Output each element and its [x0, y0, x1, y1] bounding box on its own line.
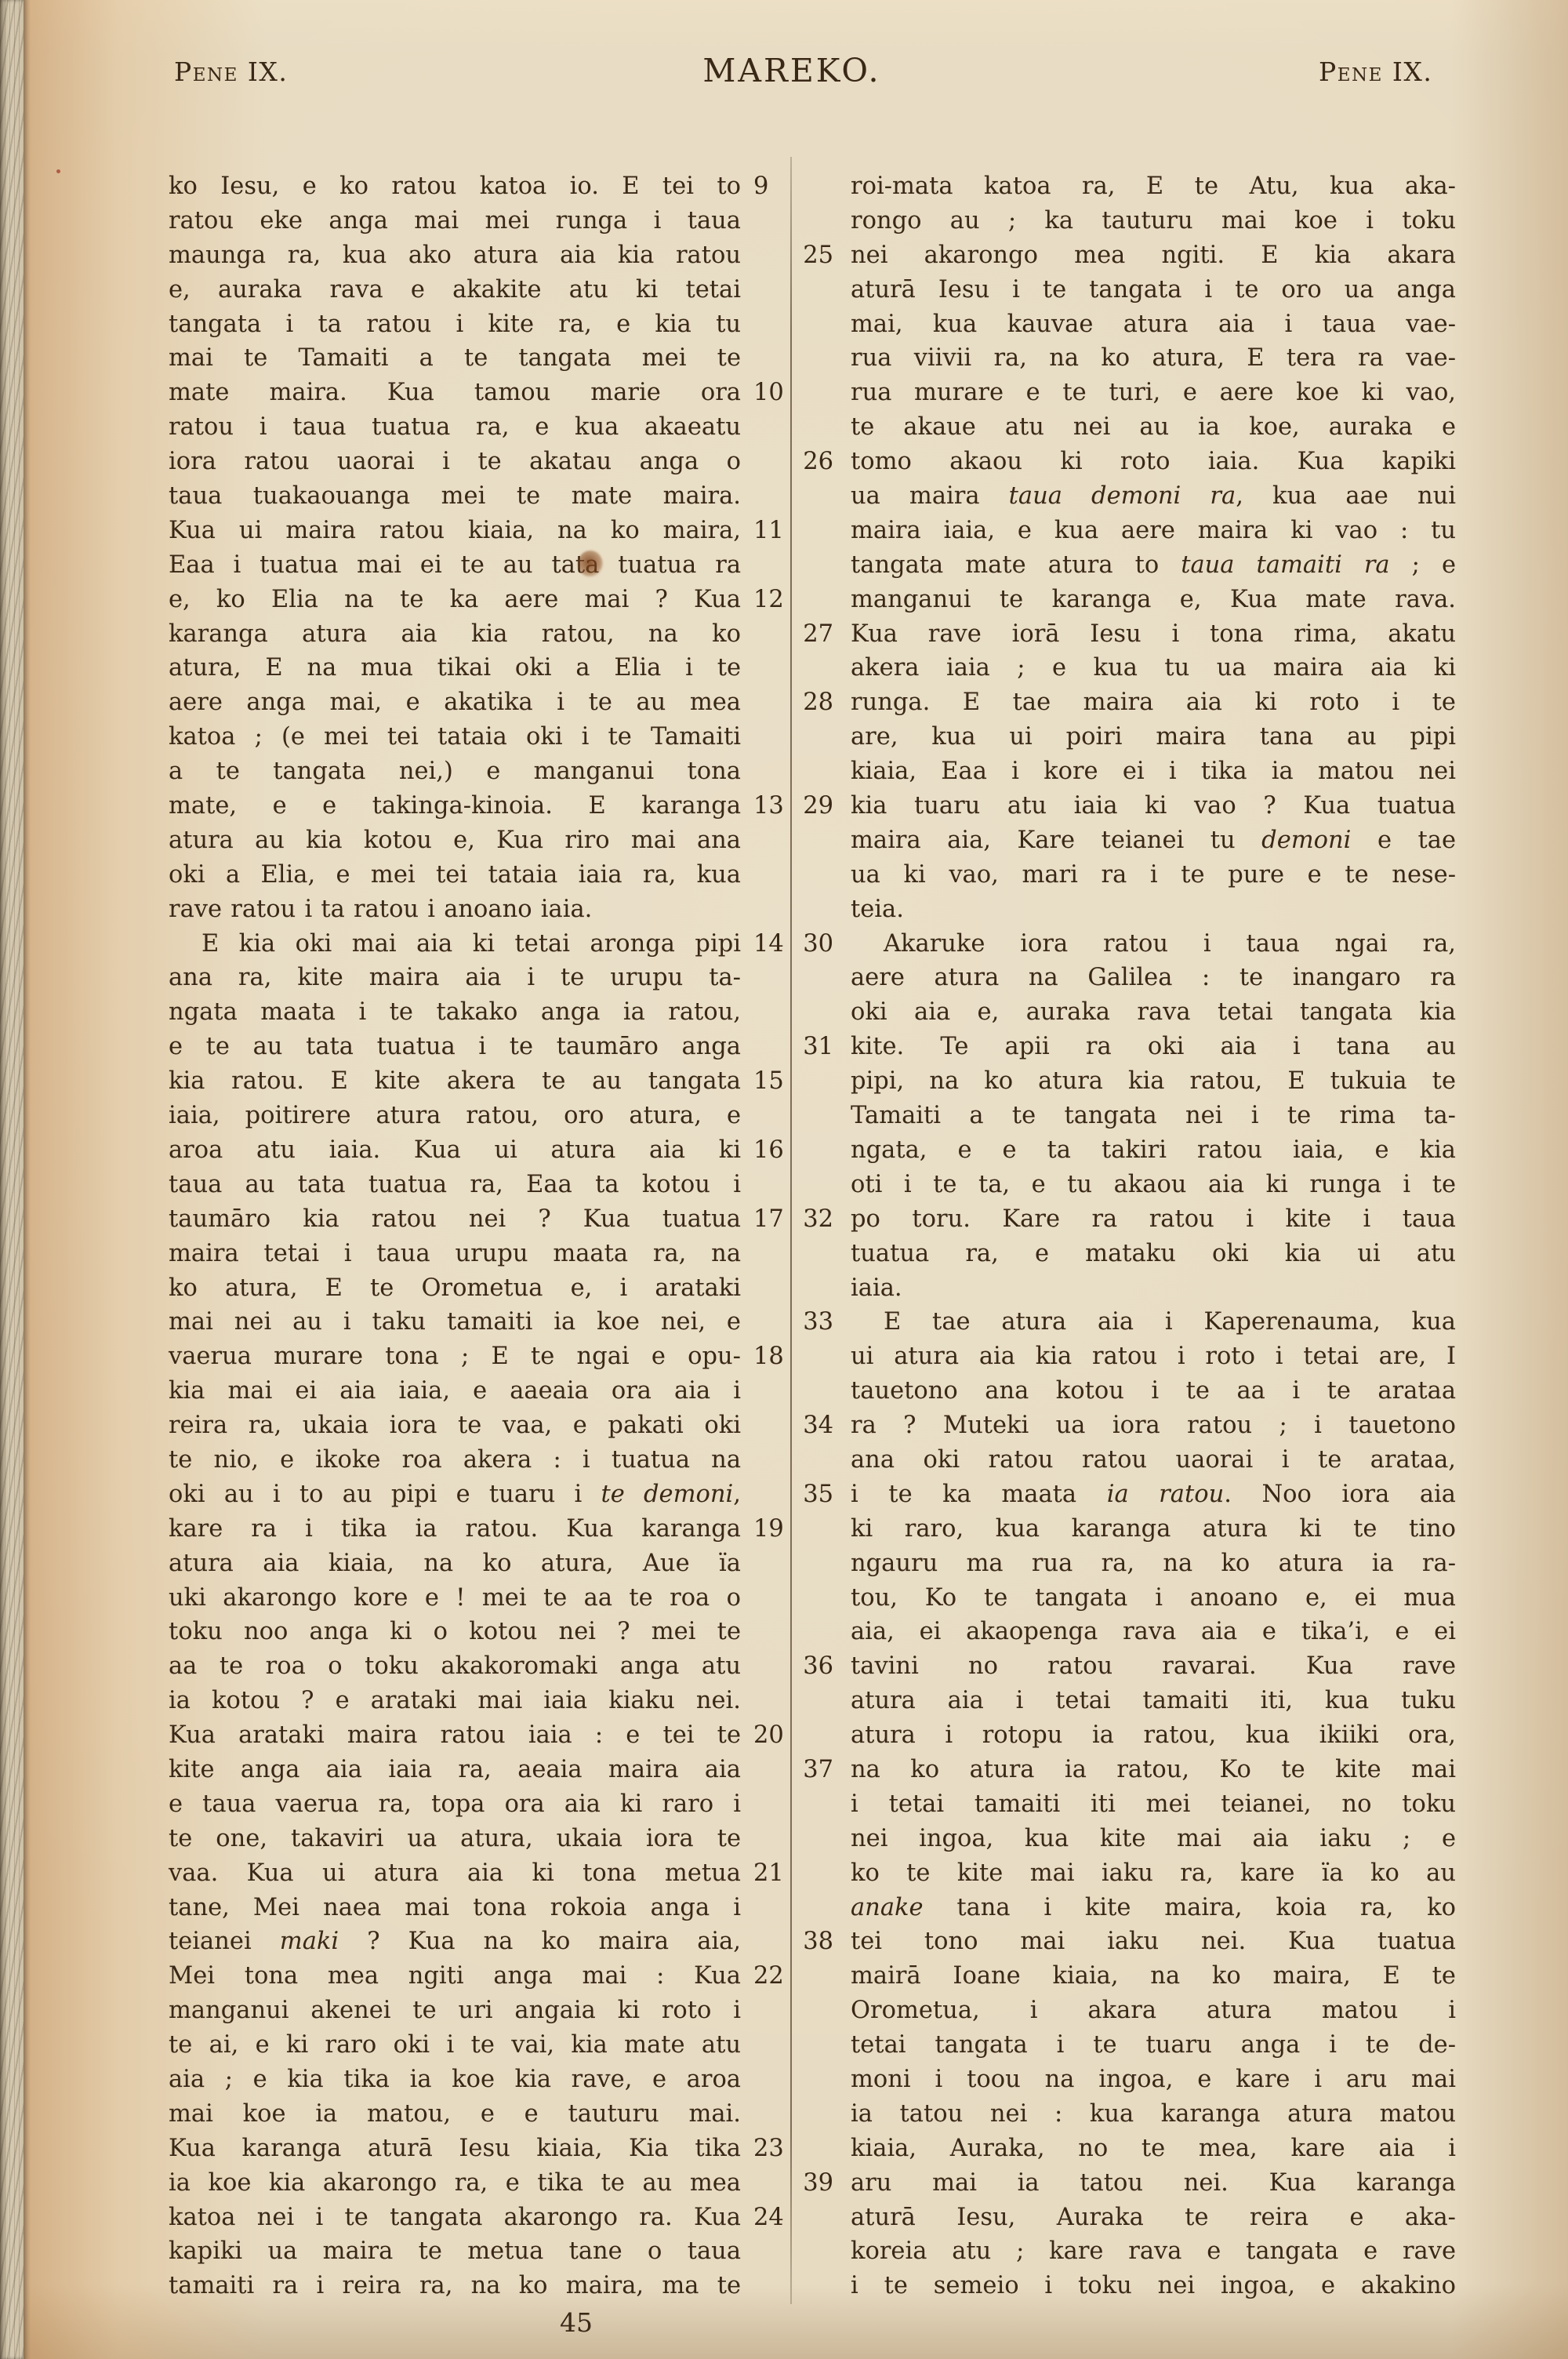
verse-text: maira iaia, e kua aere maira ki vao : tu — [851, 514, 1456, 548]
text-line: tauetono ana kotou i te aa i te arataa — [851, 1374, 1456, 1408]
verse-number: 25 — [803, 238, 833, 273]
text-line: atura au kia kotou e, Kua riro mai ana — [169, 823, 741, 858]
verse-text: iaia. — [851, 1271, 1456, 1306]
text-line: ratou i taua tuatua ra, e kua akaeatu — [169, 410, 741, 445]
text-line: E kia oki mai aia ki tetai aronga pipi14 — [169, 927, 741, 961]
verse-text: ngauru ma rua ra, na ko atura ia ra- — [851, 1547, 1456, 1581]
text-line: a te tangata nei,) e manganui tona — [169, 754, 741, 789]
verse-text: a te tangata nei,) e manganui tona — [169, 754, 741, 789]
text-line: e taua vaerua ra, topa ora aia ki raro i — [169, 1787, 741, 1822]
text-line: Eaa i tuatua mai ei te au tata tuatua ra — [169, 548, 741, 583]
verse-text: ua maira taua demoni ra, kua aae nui — [851, 479, 1456, 514]
text-line: vaerua murare tona ; E te ngai e opu-18 — [169, 1339, 741, 1374]
text-line: kare ra i tika ia ratou. Kua karanga19 — [169, 1512, 741, 1547]
text-line: i te ka maata ia ratou. Noo iora aia35 — [851, 1478, 1456, 1512]
text-line: nei ingoa, kua kite mai aia iaku ; e — [851, 1822, 1456, 1856]
verse-text: oki aia e, auraka rava tetai tangata kia — [851, 995, 1456, 1030]
text-line: iaia. — [851, 1271, 1456, 1306]
verse-text: atura, E na mua tikai oki a Elia i te — [169, 651, 741, 685]
verse-text: kite. Te apii ra oki aia i tana au — [851, 1030, 1456, 1064]
text-line: rave ratou i ta ratou i anoano iaia. — [169, 892, 741, 927]
text-line: ana ra, kite maira aia i te urupu ta- — [169, 961, 741, 995]
verse-number: 11 — [753, 514, 784, 548]
text-line: maira aia, Kare teianei tu demoni e tae — [851, 823, 1456, 858]
text-line: e te au tata tuatua i te taumāro anga — [169, 1030, 741, 1064]
verse-text: e taua vaerua ra, topa ora aia ki raro i — [169, 1787, 741, 1822]
text-line: te akaue atu nei au ia koe, auraka e — [851, 410, 1456, 445]
text-line: manganui akenei te uri angaia ki roto i — [169, 1994, 741, 2028]
verse-text: atura i rotopu ia ratou, kua ikiiki ora, — [851, 1718, 1456, 1753]
verse-text: kia mai ei aia iaia, e aaeaia ora aia i — [169, 1374, 741, 1408]
column-divider-rule — [790, 157, 792, 2304]
verse-text: i te semeio i toku nei ingoa, e akakino — [851, 2269, 1456, 2303]
verse-text: ia tatou nei : kua karanga atura matou — [851, 2097, 1456, 2132]
text-line: aroa atu iaia. Kua ui atura aia ki16 — [169, 1133, 741, 1168]
text-line: atura i rotopu ia ratou, kua ikiiki ora, — [851, 1718, 1456, 1753]
verse-text: maunga ra, kua ako atura aia kia ratou — [169, 238, 741, 273]
verse-text: rua viivii ra, na ko atura, E tera ra va… — [851, 341, 1456, 376]
verse-text: teia. — [851, 892, 1456, 927]
verse-number: 39 — [803, 2166, 833, 2201]
verse-text: ko te kite mai iaku ra, kare ïa ko au — [851, 1856, 1456, 1891]
text-line: ia koe kia akarongo ra, e tika te au mea — [169, 2166, 741, 2201]
verse-text: aru mai ia tatou nei. Kua karanga — [851, 2166, 1456, 2201]
text-line: manganui te karanga e, Kua mate rava. — [851, 583, 1456, 617]
verse-number: 15 — [753, 1064, 784, 1099]
text-line: aere atura na Galilea : te inangaro ra — [851, 961, 1456, 995]
text-line: ngata, e e ta takiri ratou iaia, e kia — [851, 1133, 1456, 1168]
verse-text: oki a Elia, e mei tei tataia iaia ra, ku… — [169, 858, 741, 892]
red-speck — [56, 169, 60, 173]
text-line: ua maira taua demoni ra, kua aae nui — [851, 479, 1456, 514]
verse-text: atura aia i tetai tamaiti iti, kua tuku — [851, 1684, 1456, 1718]
verse-text: toku noo anga ki o kotou nei ? mei te — [169, 1615, 741, 1649]
verse-text: maira tetai i taua urupu maata ra, na — [169, 1237, 741, 1271]
text-line: oki a Elia, e mei tei tataia iaia ra, ku… — [169, 858, 741, 892]
verse-text: ki raro, kua karanga atura ki te tino — [851, 1512, 1456, 1547]
text-line: pipi, na ko atura kia ratou, E tukuia te — [851, 1064, 1456, 1099]
verse-text: Tamaiti a te tangata nei i te rima ta- — [851, 1099, 1456, 1133]
text-line: tangata mate atura to taua tamaiti ra ; … — [851, 548, 1456, 583]
verse-text: mai nei au i taku tamaiti ia koe nei, e — [169, 1305, 741, 1339]
verse-text: atura aia kiaia, na ko atura, Aue ïa — [169, 1547, 741, 1581]
text-line: mai koe ia matou, e e tauturu mai. — [169, 2097, 741, 2132]
text-line: tei tono mai iaku nei. Kua tuatua38 — [851, 1925, 1456, 1959]
verse-text: tavini no ratou ravarai. Kua rave — [851, 1649, 1456, 1684]
text-line: uki akarongo kore e ! mei te aa te roa o — [169, 1581, 741, 1616]
verse-text: iora ratou uaorai i te akatau anga o — [169, 445, 741, 479]
verse-number: 30 — [803, 927, 833, 961]
text-line: are, kua ui poiri maira tana au pipi — [851, 720, 1456, 754]
right-text-column: roi-mata katoa ra, E te Atu, kua aka-ron… — [851, 169, 1456, 2303]
text-line: anake tana i kite maira, koia ra, ko — [851, 1891, 1456, 1925]
text-line: kiaia, Eaa i kore ei i tika ia matou nei — [851, 754, 1456, 789]
verse-text: mai, kua kauvae atura aia i taua vae- — [851, 307, 1456, 342]
text-line: Kua rave iorā Iesu i tona rima, akatu27 — [851, 617, 1456, 652]
text-line: maira iaia, e kua aere maira ki vao : tu — [851, 514, 1456, 548]
stacked-page-edges — [0, 0, 24, 2359]
text-line: ia kotou ? e arataki mai iaia kiaku nei. — [169, 1684, 741, 1718]
verse-number: 26 — [803, 445, 833, 479]
verse-text: pipi, na ko atura kia ratou, E tukuia te — [851, 1064, 1456, 1099]
verse-number: 18 — [753, 1339, 784, 1374]
text-line: nei akarongo mea ngiti. E kia akara25 — [851, 238, 1456, 273]
verse-text: tamaiti ra i reira ra, na ko maira, ma t… — [169, 2269, 741, 2303]
text-line: roi-mata katoa ra, E te Atu, kua aka- — [851, 169, 1456, 204]
verse-number: 23 — [753, 2132, 784, 2166]
text-line: Mei tona mea ngiti anga mai : Kua22 — [169, 1959, 741, 1994]
verse-text: E tae atura aia i Kaperenauma, kua — [851, 1305, 1456, 1339]
text-line: aturā Iesu, Auraka te reira e aka- — [851, 2201, 1456, 2235]
text-line: Kua arataki maira ratou iaia : e tei te2… — [169, 1718, 741, 1753]
text-line: kapiki ua maira te metua tane o taua — [169, 2234, 741, 2269]
verse-number: 13 — [753, 789, 784, 823]
verse-text: manganui akenei te uri angaia ki roto i — [169, 1994, 741, 2028]
verse-text: ui atura aia kia ratou i roto i tetai ar… — [851, 1339, 1456, 1374]
verse-text: ra ? Muteki ua iora ratou ; i tauetono — [851, 1408, 1456, 1443]
text-line: taumāro kia ratou nei ? Kua tuatua17 — [169, 1202, 741, 1237]
text-line: aia, ei akaopenga rava aia e tika’i, e e… — [851, 1615, 1456, 1649]
verse-number: 24 — [753, 2201, 784, 2235]
text-line: iaia, poitirere atura ratou, oro atura, … — [169, 1099, 741, 1133]
text-line: E tae atura aia i Kaperenauma, kua33 — [851, 1305, 1456, 1339]
verse-number: 31 — [803, 1030, 833, 1064]
verse-text: atura au kia kotou e, Kua riro mai ana — [169, 823, 741, 858]
verse-number: 20 — [753, 1718, 784, 1753]
verse-text: tane, Mei naea mai tona rokoia anga i — [169, 1891, 741, 1925]
verse-text: na ko atura ia ratou, Ko te kite mai — [851, 1753, 1456, 1787]
text-line: rua viivii ra, na ko atura, E tera ra va… — [851, 341, 1456, 376]
verse-number: 38 — [803, 1925, 833, 1959]
verse-number: 32 — [803, 1202, 833, 1237]
text-line: akera iaia ; e kua tu ua maira aia ki — [851, 651, 1456, 685]
verse-text: Orometua, i akara atura matou i — [851, 1994, 1456, 2028]
text-line: ko atura, E te Orometua e, i arataki — [169, 1271, 741, 1306]
text-line: kia ratou. E kite akera te au tangata15 — [169, 1064, 741, 1099]
verse-text: uki akarongo kore e ! mei te aa te roa o — [169, 1581, 741, 1616]
text-line: ngata maata i te takako anga ia ratou, — [169, 995, 741, 1030]
verse-text: katoa nei i te tangata akarongo ra. Kua — [169, 2201, 741, 2235]
verse-text: tei tono mai iaku nei. Kua tuatua — [851, 1925, 1456, 1959]
verse-text: iaia, poitirere atura ratou, oro atura, … — [169, 1099, 741, 1133]
verse-text: ko Iesu, e ko ratou katoa io. E tei to — [169, 169, 741, 204]
text-line: tane, Mei naea mai tona rokoia anga i — [169, 1891, 741, 1925]
verse-text: te akaue atu nei au ia koe, auraka e — [851, 410, 1456, 445]
text-line: oki aia e, auraka rava tetai tangata kia — [851, 995, 1456, 1030]
text-line: aru mai ia tatou nei. Kua karanga39 — [851, 2166, 1456, 2201]
verse-text: Mei tona mea ngiti anga mai : Kua — [169, 1959, 741, 1994]
verse-text: mai koe ia matou, e e tauturu mai. — [169, 2097, 741, 2132]
verse-text: Akaruke iora ratou i taua ngai ra, — [851, 927, 1456, 961]
verse-text: aa te roa o toku akakoromaki anga atu — [169, 1649, 741, 1684]
verse-text: Kua karanga aturā Iesu kiaia, Kia tika — [169, 2132, 741, 2166]
text-line: i tetai tamaiti iti mei teianei, no toku — [851, 1787, 1456, 1822]
verse-text: nei akarongo mea ngiti. E kia akara — [851, 238, 1456, 273]
verse-text: Eaa i tuatua mai ei te au tata tuatua ra — [169, 548, 741, 583]
text-line: atura aia kiaia, na ko atura, Aue ïa — [169, 1547, 741, 1581]
verse-text: i te ka maata ia ratou. Noo iora aia — [851, 1478, 1456, 1512]
text-line: maunga ra, kua ako atura aia kia ratou — [169, 238, 741, 273]
gutter-shadow — [24, 0, 31, 2359]
text-line: aa te roa o toku akakoromaki anga atu — [169, 1649, 741, 1684]
verse-text: mate maira. Kua tamou marie ora — [169, 376, 741, 410]
text-line: kia mai ei aia iaia, e aaeaia ora aia i — [169, 1374, 741, 1408]
verse-text: tauetono ana kotou i te aa i te arataa — [851, 1374, 1456, 1408]
text-line: rongo au ; ka tauturu mai koe i toku — [851, 204, 1456, 238]
text-line: na ko atura ia ratou, Ko te kite mai37 — [851, 1753, 1456, 1787]
book-title: MAREKO. — [596, 52, 988, 89]
verse-text: vaa. Kua ui atura aia ki tona metua — [169, 1856, 741, 1891]
verse-text: tetai tangata i te tuaru anga i te de- — [851, 2028, 1456, 2063]
verse-text: aturā Iesu, Auraka te reira e aka- — [851, 2201, 1456, 2235]
text-line: ko Iesu, e ko ratou katoa io. E tei to9 — [169, 169, 741, 204]
verse-text: kia ratou. E kite akera te au tangata — [169, 1064, 741, 1099]
text-line: Kua karanga aturā Iesu kiaia, Kia tika23 — [169, 2132, 741, 2166]
verse-text: mate, e e takinga-kinoia. E karanga — [169, 789, 741, 823]
verse-text: katoa ; (e mei tei tataia oki i te Tamai… — [169, 720, 741, 754]
verse-number: 29 — [803, 789, 833, 823]
verse-text: kiaia, Auraka, no te mea, kare aia i — [851, 2132, 1456, 2166]
text-line: kia tuaru atu iaia ki vao ? Kua tuatua29 — [851, 789, 1456, 823]
text-line: atura, E na mua tikai oki a Elia i te — [169, 651, 741, 685]
verse-text: tangata i ta ratou i kite ra, e kia tu — [169, 307, 741, 342]
verse-text: i tetai tamaiti iti mei teianei, no toku — [851, 1787, 1456, 1822]
text-line: oki au i to au pipi e tuaru i te demoni, — [169, 1478, 741, 1512]
verse-number: 10 — [753, 376, 784, 410]
verse-text: kapiki ua maira te metua tane o taua — [169, 2234, 741, 2269]
text-line: aere anga mai, e akatika i te au mea — [169, 685, 741, 720]
verse-text: Kua rave iorā Iesu i tona rima, akatu — [851, 617, 1456, 652]
text-line: katoa ; (e mei tei tataia oki i te Tamai… — [169, 720, 741, 754]
verse-text: tomo akaou ki roto iaia. Kua kapiki — [851, 445, 1456, 479]
verse-text: roi-mata katoa ra, E te Atu, kua aka- — [851, 169, 1456, 204]
verse-text: karanga atura aia kia ratou, na ko — [169, 617, 741, 652]
verse-text: ia koe kia akarongo ra, e tika te au mea — [169, 2166, 741, 2201]
text-line: e, ko Elia na te ka aere mai ? Kua12 — [169, 583, 741, 617]
verse-number: 22 — [753, 1959, 784, 1994]
verse-text: ua ki vao, mari ra i te pure e te nese- — [851, 858, 1456, 892]
text-line: kiaia, Auraka, no te mea, kare aia i — [851, 2132, 1456, 2166]
text-line: Kua ui maira ratou kiaia, na ko maira,11 — [169, 514, 741, 548]
verse-text: aere anga mai, e akatika i te au mea — [169, 685, 741, 720]
verse-text: aia ; e kia tika ia koe kia rave, e aroa — [169, 2063, 741, 2097]
verse-text: taua au tata tuatua ra, Eaa ta kotou i — [169, 1168, 741, 1202]
verse-text: vaerua murare tona ; E te ngai e opu- — [169, 1339, 741, 1374]
text-line: Orometua, i akara atura matou i — [851, 1994, 1456, 2028]
text-line: koreia atu ; kare rava e tangata e rave — [851, 2234, 1456, 2269]
verse-text: aere atura na Galilea : te inangaro ra — [851, 961, 1456, 995]
verse-text: ratou i taua tuatua ra, e kua akaeatu — [169, 410, 741, 445]
verse-text: tangata mate atura to taua tamaiti ra ; … — [851, 548, 1456, 583]
verse-text: e, auraka rava e akakite atu ki tetai — [169, 273, 741, 307]
text-line: oti i te ta, e tu akaou aia ki runga i t… — [851, 1168, 1456, 1202]
verse-text: aturā Iesu i te tangata i te oro ua anga — [851, 273, 1456, 307]
text-line: tou, Ko te tangata i anoano e, ei mua — [851, 1581, 1456, 1616]
verse-text: taumāro kia ratou nei ? Kua tuatua — [169, 1202, 741, 1237]
text-line: taua tuakaouanga mei te mate maira. — [169, 479, 741, 514]
verse-number: 19 — [753, 1512, 784, 1547]
verse-text: akera iaia ; e kua tu ua maira aia ki — [851, 651, 1456, 685]
verse-number: 34 — [803, 1408, 833, 1443]
verse-number: 37 — [803, 1753, 833, 1787]
verse-number: 14 — [753, 927, 784, 961]
verse-text: ana ra, kite maira aia i te urupu ta- — [169, 961, 741, 995]
verse-text: tuatua ra, e mataku oki kia ui atu — [851, 1237, 1456, 1271]
verse-text: moni i toou na ingoa, e kare i aru mai — [851, 2063, 1456, 2097]
verse-text: ngata maata i te takako anga ia ratou, — [169, 995, 741, 1030]
text-line: tetai tangata i te tuaru anga i te de- — [851, 2028, 1456, 2063]
text-line: kite anga aia iaia ra, aeaia maira aia — [169, 1753, 741, 1787]
verse-text: ana oki ratou ratou uaorai i te arataa, — [851, 1443, 1456, 1478]
verse-text: ia kotou ? e arataki mai iaia kiaku nei. — [169, 1684, 741, 1718]
verse-text: ko atura, E te Orometua e, i arataki — [169, 1271, 741, 1306]
verse-number: 27 — [803, 617, 833, 652]
verse-text: teianei maki ? Kua na ko maira aia, — [169, 1925, 741, 1959]
verse-text: manganui te karanga e, Kua mate rava. — [851, 583, 1456, 617]
verse-number: 17 — [753, 1202, 784, 1237]
text-line: ki raro, kua karanga atura ki te tino — [851, 1512, 1456, 1547]
text-line: mai, kua kauvae atura aia i taua vae- — [851, 307, 1456, 342]
text-line: po toru. Kare ra ratou i kite i taua32 — [851, 1202, 1456, 1237]
verse-text: E kia oki mai aia ki tetai aronga pipi — [169, 927, 741, 961]
verse-text: are, kua ui poiri maira tana au pipi — [851, 720, 1456, 754]
verse-text: te ai, e ki raro oki i te vai, kia mate … — [169, 2028, 741, 2063]
verse-text: koreia atu ; kare rava e tangata e rave — [851, 2234, 1456, 2269]
verse-number: 12 — [753, 583, 784, 617]
text-line: aturā Iesu i te tangata i te oro ua anga — [851, 273, 1456, 307]
text-line: kite. Te apii ra oki aia i tana au31 — [851, 1030, 1456, 1064]
text-line: te nio, e ikoke roa akera : i tuatua na — [169, 1443, 741, 1478]
verse-number: 33 — [803, 1305, 833, 1339]
verse-text: tou, Ko te tangata i anoano e, ei mua — [851, 1581, 1456, 1616]
text-line: rua murare e te turi, e aere koe ki vao, — [851, 376, 1456, 410]
text-line: e, auraka rava e akakite atu ki tetai — [169, 273, 741, 307]
verse-text: mai te Tamaiti a te tangata mei te — [169, 341, 741, 376]
text-line: ui atura aia kia ratou i roto i tetai ar… — [851, 1339, 1456, 1374]
text-line: ua ki vao, mari ra i te pure e te nese- — [851, 858, 1456, 892]
verse-text: te nio, e ikoke roa akera : i tuatua na — [169, 1443, 741, 1478]
verse-text: kite anga aia iaia ra, aeaia maira aia — [169, 1753, 741, 1787]
verse-text: mairā Ioane kiaia, na ko maira, E te — [851, 1959, 1456, 1994]
text-line: ia tatou nei : kua karanga atura matou — [851, 2097, 1456, 2132]
verse-text: kare ra i tika ia ratou. Kua karanga — [169, 1512, 741, 1547]
text-line: tamaiti ra i reira ra, na ko maira, ma t… — [169, 2269, 741, 2303]
text-line: teia. — [851, 892, 1456, 927]
text-line: atura aia i tetai tamaiti iti, kua tuku — [851, 1684, 1456, 1718]
verse-text: anake tana i kite maira, koia ra, ko — [851, 1891, 1456, 1925]
text-line: mairā Ioane kiaia, na ko maira, E te — [851, 1959, 1456, 1994]
verse-text: runga. E tae maira aia ki roto i te — [851, 685, 1456, 720]
verse-number: 35 — [803, 1478, 833, 1512]
running-head-right: Pene IX. — [1319, 56, 1432, 87]
book-page: Pene IX. MAREKO. Pene IX. ko Iesu, e ko … — [0, 0, 1568, 2359]
verse-number: 36 — [803, 1649, 833, 1684]
text-line: Tamaiti a te tangata nei i te rima ta- — [851, 1099, 1456, 1133]
text-line: maira tetai i taua urupu maata ra, na — [169, 1237, 741, 1271]
page-number: 45 — [459, 2307, 694, 2338]
text-line: i te semeio i toku nei ingoa, e akakino — [851, 2269, 1456, 2303]
verse-text: rongo au ; ka tauturu mai koe i toku — [851, 204, 1456, 238]
verse-text: nei ingoa, kua kite mai aia iaku ; e — [851, 1822, 1456, 1856]
text-line: iora ratou uaorai i te akatau anga o — [169, 445, 741, 479]
text-line: te ai, e ki raro oki i te vai, kia mate … — [169, 2028, 741, 2063]
text-line: katoa nei i te tangata akarongo ra. Kua2… — [169, 2201, 741, 2235]
running-head-left: Pene IX. — [174, 56, 288, 87]
text-line: teianei maki ? Kua na ko maira aia, — [169, 1925, 741, 1959]
verse-text: aia, ei akaopenga rava aia e tika’i, e e… — [851, 1615, 1456, 1649]
verse-text: kia tuaru atu iaia ki vao ? Kua tuatua — [851, 789, 1456, 823]
text-line: tavini no ratou ravarai. Kua rave36 — [851, 1649, 1456, 1684]
verse-text: maira aia, Kare teianei tu demoni e tae — [851, 823, 1456, 858]
verse-number: 9 — [753, 169, 768, 204]
text-line: toku noo anga ki o kotou nei ? mei te — [169, 1615, 741, 1649]
verse-text: oti i te ta, e tu akaou aia ki runga i t… — [851, 1168, 1456, 1202]
verse-text: po toru. Kare ra ratou i kite i taua — [851, 1202, 1456, 1237]
text-line: moni i toou na ingoa, e kare i aru mai — [851, 2063, 1456, 2097]
text-line: ana oki ratou ratou uaorai i te arataa, — [851, 1443, 1456, 1478]
text-line: te one, takaviri ua atura, ukaia iora te — [169, 1822, 741, 1856]
verse-text: ngata, e e ta takiri ratou iaia, e kia — [851, 1133, 1456, 1168]
text-line: runga. E tae maira aia ki roto i te28 — [851, 685, 1456, 720]
text-line: mai nei au i taku tamaiti ia koe nei, e — [169, 1305, 741, 1339]
verse-text: ratou eke anga mai mei runga i taua — [169, 204, 741, 238]
text-line: tomo akaou ki roto iaia. Kua kapiki26 — [851, 445, 1456, 479]
text-line: vaa. Kua ui atura aia ki tona metua21 — [169, 1856, 741, 1891]
text-line: mate, e e takinga-kinoia. E karanga13 — [169, 789, 741, 823]
text-line: mate maira. Kua tamou marie ora10 — [169, 376, 741, 410]
verse-text: Kua arataki maira ratou iaia : e tei te — [169, 1718, 741, 1753]
verse-text: te one, takaviri ua atura, ukaia iora te — [169, 1822, 741, 1856]
text-line: ngauru ma rua ra, na ko atura ia ra- — [851, 1547, 1456, 1581]
verse-text: rave ratou i ta ratou i anoano iaia. — [169, 892, 741, 927]
verse-number: 28 — [803, 685, 833, 720]
text-line: karanga atura aia kia ratou, na ko — [169, 617, 741, 652]
text-line: ratou eke anga mai mei runga i taua — [169, 204, 741, 238]
verse-text: oki au i to au pipi e tuaru i te demoni, — [169, 1478, 741, 1512]
text-line: tuatua ra, e mataku oki kia ui atu — [851, 1237, 1456, 1271]
text-line: taua au tata tuatua ra, Eaa ta kotou i — [169, 1168, 741, 1202]
verse-number: 16 — [753, 1133, 784, 1168]
verse-text: reira ra, ukaia iora te vaa, e pakati ok… — [169, 1408, 741, 1443]
verse-text: Kua ui maira ratou kiaia, na ko maira, — [169, 514, 741, 548]
text-line: reira ra, ukaia iora te vaa, e pakati ok… — [169, 1408, 741, 1443]
verse-text: e, ko Elia na te ka aere mai ? Kua — [169, 583, 741, 617]
verse-text: aroa atu iaia. Kua ui atura aia ki — [169, 1133, 741, 1168]
verse-text: rua murare e te turi, e aere koe ki vao, — [851, 376, 1456, 410]
verse-text: taua tuakaouanga mei te mate maira. — [169, 479, 741, 514]
verse-text: e te au tata tuatua i te taumāro anga — [169, 1030, 741, 1064]
verse-text: kiaia, Eaa i kore ei i tika ia matou nei — [851, 754, 1456, 789]
text-line: ko te kite mai iaku ra, kare ïa ko au — [851, 1856, 1456, 1891]
left-text-column: ko Iesu, e ko ratou katoa io. E tei to9r… — [169, 169, 741, 2303]
text-line: ra ? Muteki ua iora ratou ; i tauetono34 — [851, 1408, 1456, 1443]
text-line: mai te Tamaiti a te tangata mei te — [169, 341, 741, 376]
text-line: Akaruke iora ratou i taua ngai ra,30 — [851, 927, 1456, 961]
text-line: aia ; e kia tika ia koe kia rave, e aroa — [169, 2063, 741, 2097]
text-line: tangata i ta ratou i kite ra, e kia tu — [169, 307, 741, 342]
ink-stain — [578, 551, 603, 577]
verse-number: 21 — [753, 1856, 784, 1891]
